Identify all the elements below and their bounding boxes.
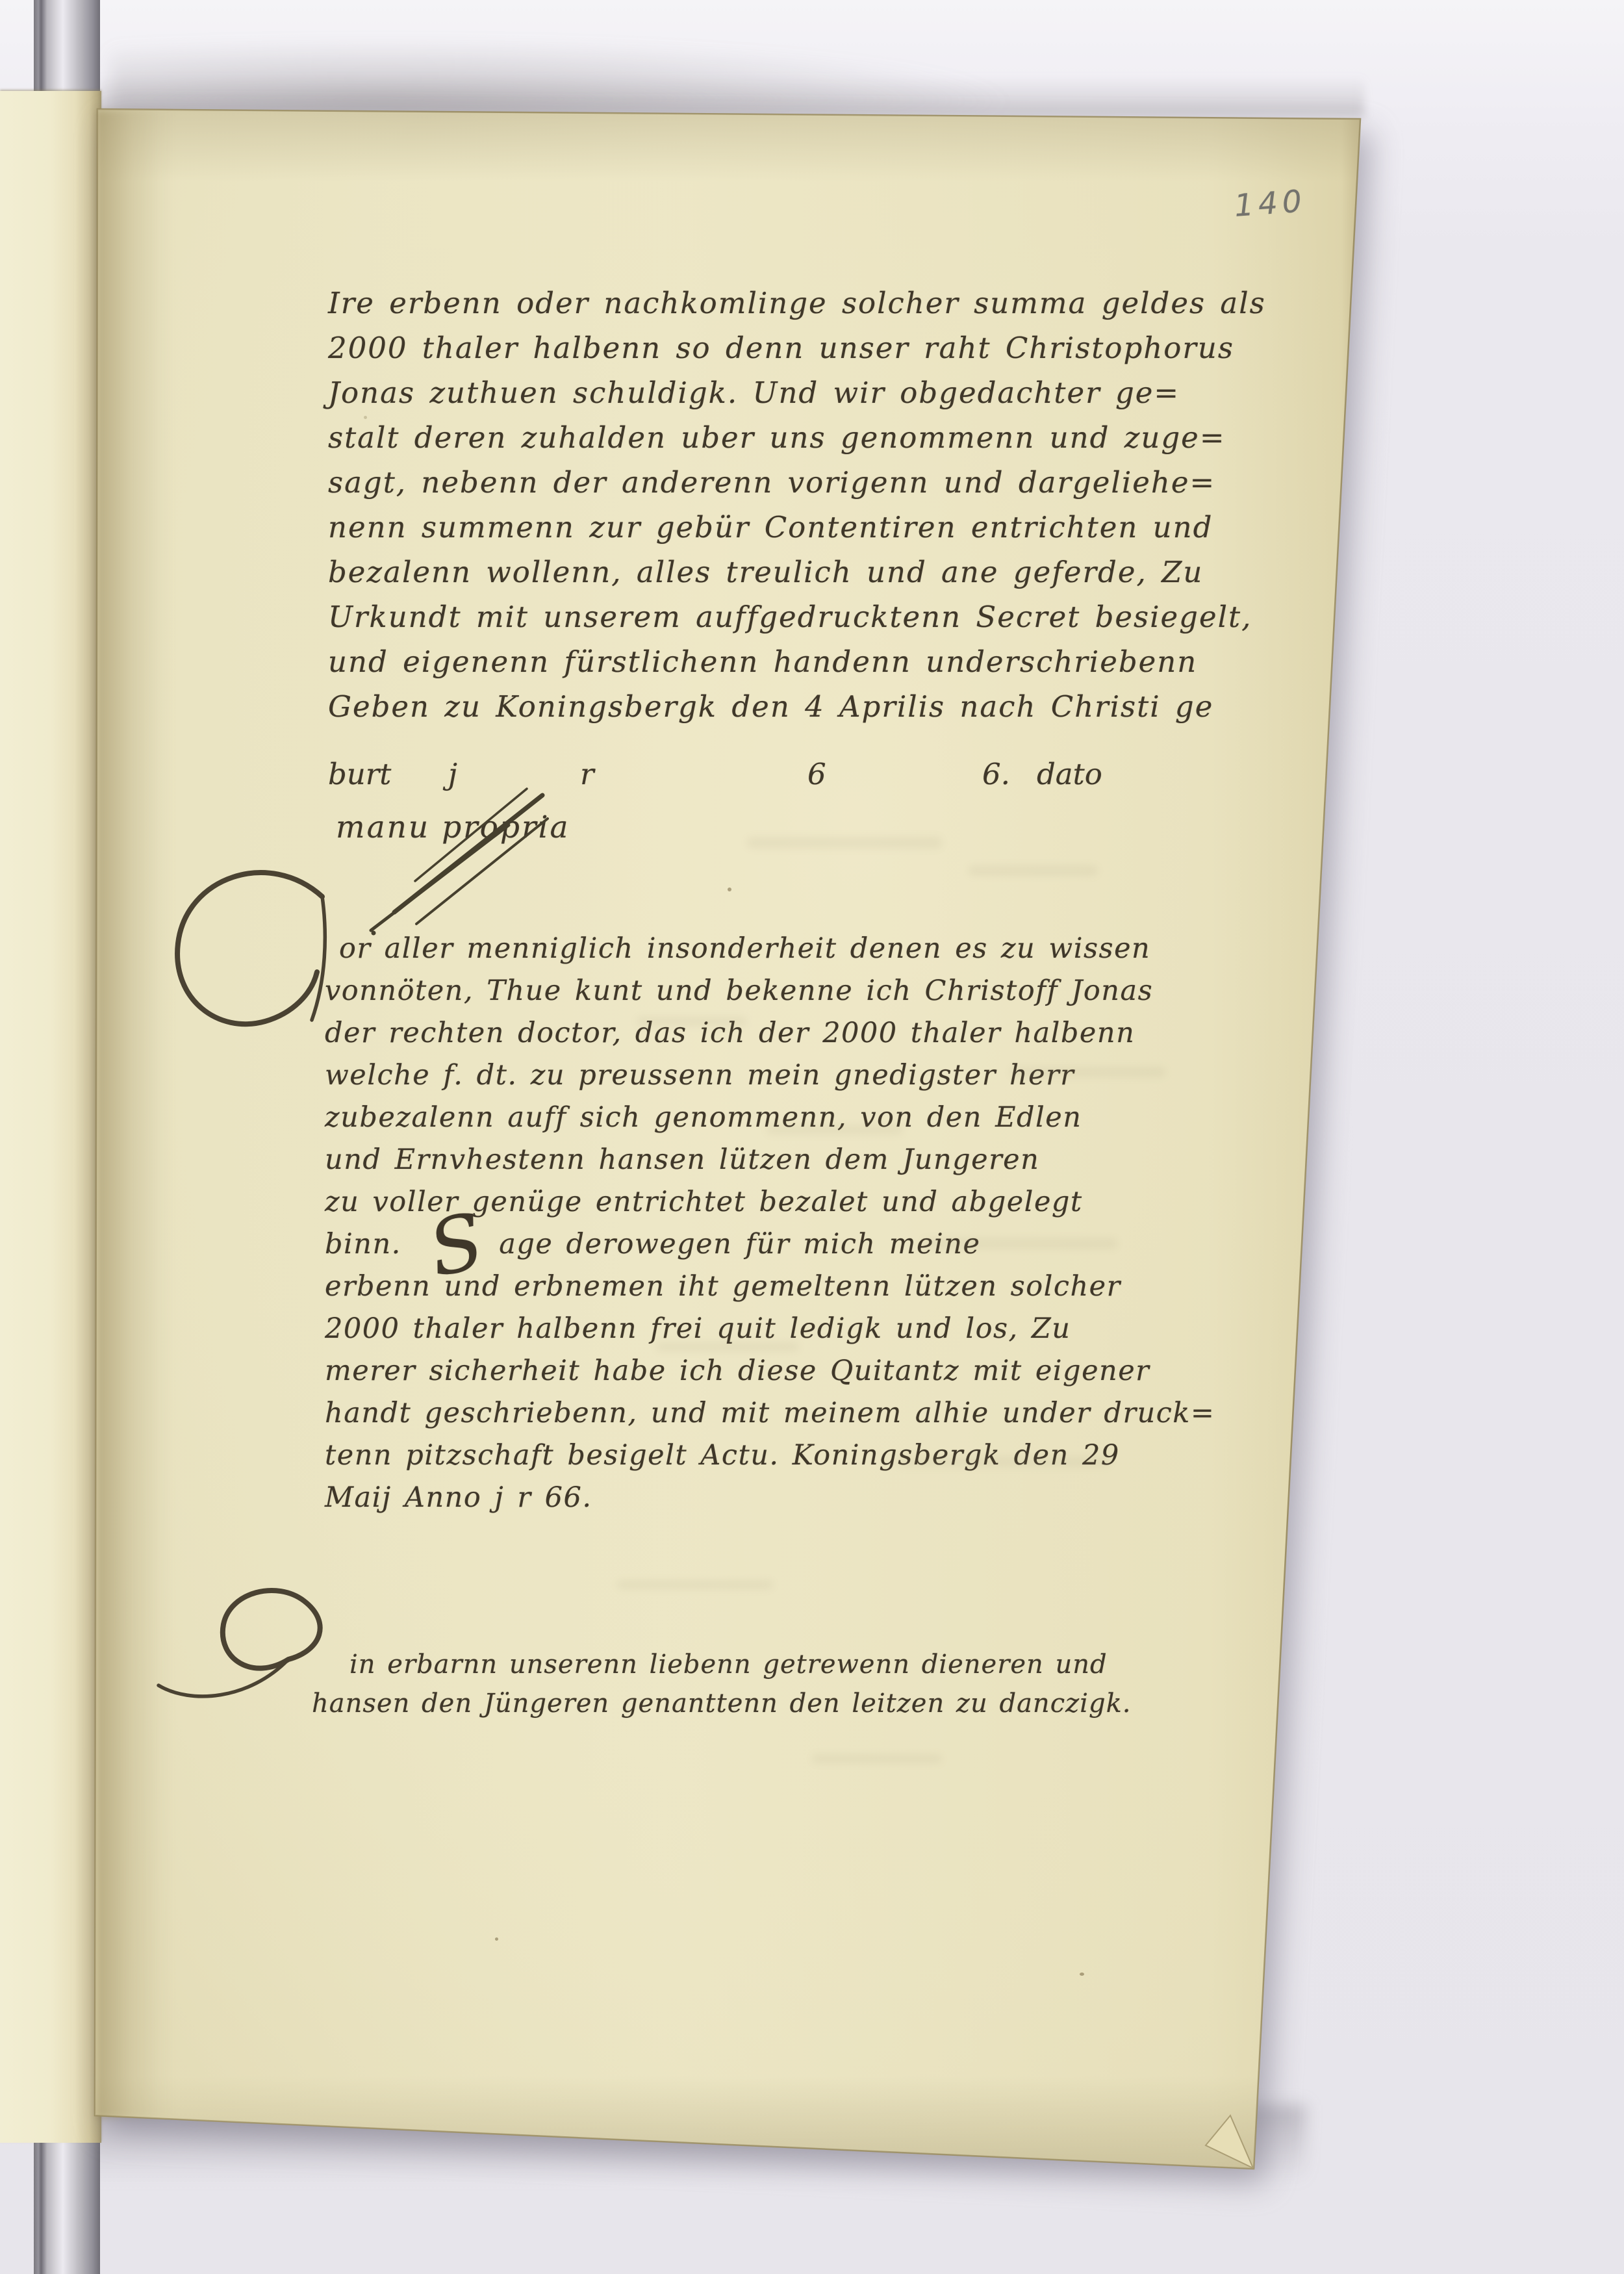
manuscript-line: Jonas zuthuen schuldigk. Und wir obgedac… xyxy=(328,370,1266,415)
swash-letter-s: S xyxy=(431,1239,483,1250)
manuscript-line: und eigenenn fürstlichenn handenn unders… xyxy=(328,639,1266,684)
manuscript-line: und Ernvhestenn hansen lützen dem Junger… xyxy=(325,1139,1215,1181)
manuscript-line: stalt deren zuhalden uber uns genommenn … xyxy=(328,415,1266,460)
manuscript-line: tenn pitzschaft besigelt Actu. Koningsbe… xyxy=(325,1435,1215,1477)
manuscript-line: handt geschriebenn, und mit meinem alhie… xyxy=(325,1392,1215,1435)
folio-number: 140 xyxy=(1233,183,1307,224)
verso-show-through xyxy=(896,1457,1111,1467)
manuscript-line: Ire erbenn oder nachkomlinge solcher sum… xyxy=(328,281,1266,326)
manuscript-line-date: Maij Anno j r 66. xyxy=(325,1477,1215,1519)
line-segment: binn. xyxy=(325,1223,401,1266)
paper-speck xyxy=(364,416,367,419)
signature-flourish xyxy=(354,785,549,941)
verso-show-through xyxy=(812,1754,942,1763)
verso-show-through xyxy=(1010,1067,1166,1077)
manuscript-text-layer: 140 Ire erbenn oder nachkomlinge solcher… xyxy=(0,0,1624,2274)
dateline-word: dato xyxy=(1037,748,1102,800)
paragraph-quittance: or aller menniglich insonderheit denen e… xyxy=(325,928,1215,1519)
paper-speck xyxy=(1080,1973,1084,1976)
verso-show-through xyxy=(747,837,942,849)
manuscript-line: merer sicherheit habe ich diese Quitantz… xyxy=(325,1350,1215,1392)
manuscript-line: vonnöten, Thue kunt und bekenne ich Chri… xyxy=(325,970,1215,1012)
manuscript-line: nenn summenn zur gebür Contentiren entri… xyxy=(328,505,1266,550)
manuscript-line: Urkundt mit unserem auffgedrucktenn Secr… xyxy=(328,594,1266,639)
paper-speck xyxy=(495,1937,498,1941)
paragraph-address: in erbarnn unserenn liebenn getrewenn di… xyxy=(349,1645,1132,1723)
manuscript-line: Geben zu Koningsbergk den 4 Aprilis nach… xyxy=(328,684,1266,729)
verso-show-through xyxy=(968,865,1098,876)
manuscript-line: in erbarnn unserenn liebenn getrewenn di… xyxy=(349,1645,1132,1684)
dateline-digit: 6 xyxy=(807,748,826,800)
manuscript-line: or aller menniglich insonderheit denen e… xyxy=(325,928,1215,970)
verso-show-through xyxy=(617,1580,773,1589)
initial-letter-v-swash xyxy=(166,862,339,1043)
manuscript-line: der rechten doctor, das ich der 2000 tha… xyxy=(325,1012,1215,1054)
manuscript-line: bezalenn wollenn, alles treulich und ane… xyxy=(328,550,1266,594)
dateline-year-1566: burt j r 6 6. dato xyxy=(0,748,1624,807)
paragraph-privilege: Ire erbenn oder nachkomlinge solcher sum… xyxy=(328,281,1266,729)
dateline-digit: 6. xyxy=(982,748,1010,800)
verso-show-through xyxy=(767,1125,903,1134)
dateline-digit: r xyxy=(580,748,594,800)
manuscript-line: 2000 thaler halbenn so denn unser raht C… xyxy=(328,326,1266,370)
photographed-manuscript: 140 Ire erbenn oder nachkomlinge solcher… xyxy=(0,0,1624,2274)
verso-show-through xyxy=(656,1342,799,1351)
manuscript-line: sagt, nebenn der anderenn vorigenn und d… xyxy=(328,460,1266,505)
verso-show-through xyxy=(922,1238,1117,1249)
verso-show-through xyxy=(637,1017,747,1026)
line-segment: age derowegen für mich meine xyxy=(499,1228,980,1260)
paper-speck xyxy=(728,888,731,891)
manuscript-line: hansen den Jüngeren genanttenn den leitz… xyxy=(312,1684,1132,1723)
